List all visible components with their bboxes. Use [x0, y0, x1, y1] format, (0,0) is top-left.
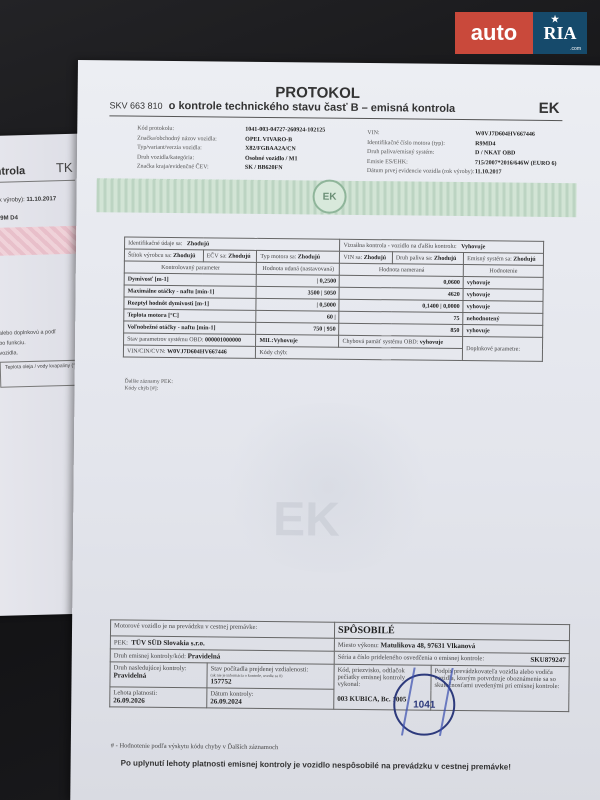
odometer: Stav počítadla prejdenej vzdialenosti:(a… — [207, 663, 334, 689]
inspection-date: Dátum kontroly:26.09.2024 — [207, 688, 334, 709]
security-band — [0, 226, 79, 256]
footnote: # - Hodnotenie podľa výskytu kódu chyby … — [111, 742, 279, 751]
sub-cell: Typ motora sa: Zhodujú — [257, 250, 340, 263]
tree-watermark — [213, 401, 445, 573]
left-doc-line: vozidla. — [0, 350, 18, 356]
logo-auto: auto — [455, 12, 533, 54]
header-set-value: Hodnota udaná (nastavovaná) — [257, 262, 340, 275]
divider — [109, 115, 562, 121]
error-codes: Kódy chýb: — [256, 346, 463, 360]
left-doc-code: TK — [56, 160, 73, 175]
mil-status: MIL:Vyhovuje — [256, 334, 339, 347]
protocol-document: PROTOKOL SKV 663 810 o kontrole technick… — [70, 60, 600, 800]
left-doc-line: alebo doplnkovú a podľ — [0, 329, 56, 336]
sub-cell: VIN sa: Zhodujú — [340, 251, 393, 264]
ek-watermark: EK — [273, 492, 340, 548]
validity-warning: Po uplynutí lehoty platnosti emisnej kon… — [121, 758, 511, 771]
sub-cell: Štítok výrobcu sa: Zhodujú — [124, 249, 203, 262]
extra-params: Doplnkové parametre: — [463, 337, 543, 362]
logo-domain: .com — [570, 46, 581, 52]
next-inspection: Druh nasledujúcej kontroly:Pravidelná — [110, 662, 207, 688]
divider — [0, 180, 75, 183]
doc-subtitle: SKV 663 810 o kontrole technického stavu… — [109, 99, 455, 115]
emission-results-table: Identifikačné údaje sa: Zhodujú Vizuálna… — [123, 236, 544, 361]
ek-emblem: EK — [312, 179, 346, 213]
sub-cell: Emisný systém sa: Zhodujú — [464, 253, 544, 266]
sub-cell: EČV sa: Zhodujú — [203, 250, 257, 263]
star-icon: ★ — [551, 14, 559, 25]
left-doc-title: ntrola — [0, 165, 25, 178]
doc-code: EK — [539, 100, 560, 117]
left-doc-engine: R9M D4 — [0, 215, 18, 222]
additional-notes: Ďalšie záznamy PEK: Kódy chýb [#]: — [125, 379, 173, 394]
vin-cin-cvn: VIN/CIN/CVN: W0VJ7D604HV667446 — [123, 345, 256, 358]
left-doc-date: ok výroby): 11.10.2017 — [0, 196, 56, 204]
logo-ria-text: RIA — [543, 23, 576, 44]
inspection-summary-table: Motorové vozidlo je na prevádzku v cestn… — [109, 619, 570, 712]
validity: Lehota platnosti:26.09.2026 — [110, 687, 207, 708]
left-doc-line: bo funkciu. — [0, 340, 26, 347]
sub-cell: Druh paliva sa: Zhodujú — [392, 252, 463, 265]
left-doc-box: Teplota oleja / vody kvapaliny (°C) — [0, 360, 86, 388]
autoria-logo: auto ★ RIA .com — [455, 12, 587, 54]
vehicle-info-right: VIN:W0VJ7D604HV667446 Identifikačné čísl… — [367, 129, 557, 178]
logo-ria: ★ RIA .com — [533, 12, 587, 54]
vehicle-info-left: Kód protokolu:1041-003-04727-260924-1021… — [137, 125, 325, 174]
header-evaluation: Hodnotenie — [463, 265, 543, 278]
